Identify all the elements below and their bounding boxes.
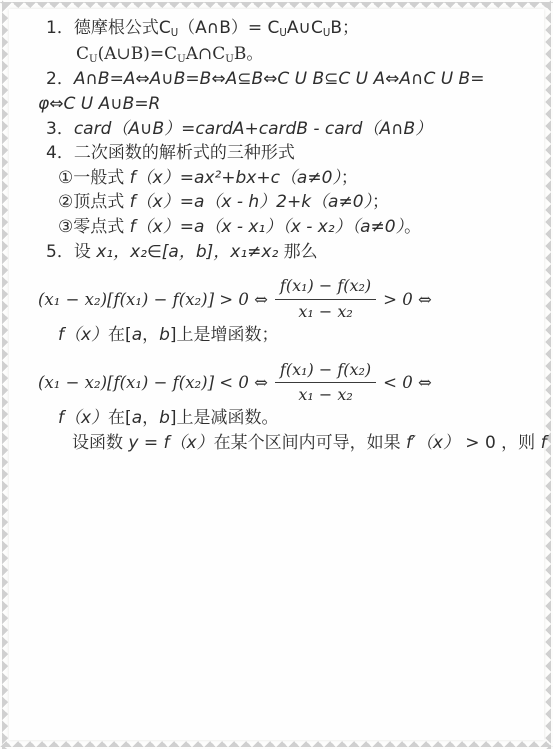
zigzag-border-left-icon (2, 0, 8, 749)
quadratic-forms-title: 4．二次函数的解析式的三种形式 (38, 141, 527, 166)
decreasing-condition-formula: (x₁ − x₂)[f(x₁) − f(x₂)] < 0 ⇔ f(x₁) − f… (38, 360, 527, 407)
increasing-condition-formula: (x₁ − x₂)[f(x₁) − f(x₂)] > 0 ⇔ f(x₁) − f… (38, 276, 527, 323)
set-equivalences-line2: φ⇔C U A∪B=R (38, 92, 527, 117)
derivative-monotonicity-note: 设函数 y = f（x）在某个区间内可导，如果 f′（x） > 0 ，则 f（x… (38, 431, 527, 456)
fraction-denominator: x₁ − x₂ (298, 383, 352, 406)
demorgan-law-line1: 1．德摩根公式CU（A∩B）= CUA∪CUB； (38, 16, 527, 42)
quadratic-vertex-form: ②顶点式 f（x）=a（x - h）2+k（a≠0）； (38, 190, 527, 215)
increasing-formula-right: > 0 ⇔ (383, 289, 432, 310)
notes-content: 1．德摩根公式CU（A∩B）= CUA∪CUB； CU(A∪B)=CUA∩CUB… (38, 16, 527, 739)
fraction-numerator: f(x₁) − f(x₂) (275, 276, 376, 300)
cardinality-formula: 3．card（A∪B）=cardA+cardB - card（A∩B） (38, 117, 527, 142)
fraction-numerator: f(x₁) − f(x₂) (275, 360, 376, 384)
decreasing-result: f（x）在[a，b]上是减函数。 (38, 406, 527, 431)
decreasing-formula-right: < 0 ⇔ (383, 372, 432, 393)
set-equivalences-line1: 2．A∩B=A⇔A∪B=B⇔A⊆B⇔C U B⊆C U A⇔A∩C U B= (38, 67, 527, 92)
decreasing-formula-left: (x₁ − x₂)[f(x₁) − f(x₂)] < 0 ⇔ (38, 372, 268, 393)
difference-quotient-fraction: f(x₁) − f(x₂) x₁ − x₂ (275, 360, 376, 407)
fraction-denominator: x₁ − x₂ (298, 300, 352, 323)
demorgan-law-line2: CU(A∪B)=CUA∩CUB。 (38, 42, 527, 68)
monotonicity-intro: 5．设 x₁，x₂∈[a，b]，x₁≠x₂ 那么 (38, 240, 527, 265)
increasing-formula-left: (x₁ − x₂)[f(x₁) − f(x₂)] > 0 ⇔ (38, 289, 268, 310)
quadratic-general-form: ①一般式 f（x）=ax²+bx+c（a≠0）； (38, 166, 527, 191)
zigzag-border-top-icon (0, 2, 553, 8)
increasing-result: f（x）在[a，b]上是增函数； (38, 323, 527, 348)
difference-quotient-fraction: f(x₁) − f(x₂) x₁ − x₂ (275, 276, 376, 323)
math-formula-notes-page: 1．德摩根公式CU（A∩B）= CUA∪CUB； CU(A∪B)=CUA∩CUB… (0, 0, 553, 749)
zigzag-border-bottom-icon (0, 741, 553, 747)
zigzag-border-right-icon (545, 0, 551, 749)
quadratic-zero-form: ③零点式 f（x）=a（x - x₁）（x - x₂）（a≠0）。 (38, 215, 527, 240)
